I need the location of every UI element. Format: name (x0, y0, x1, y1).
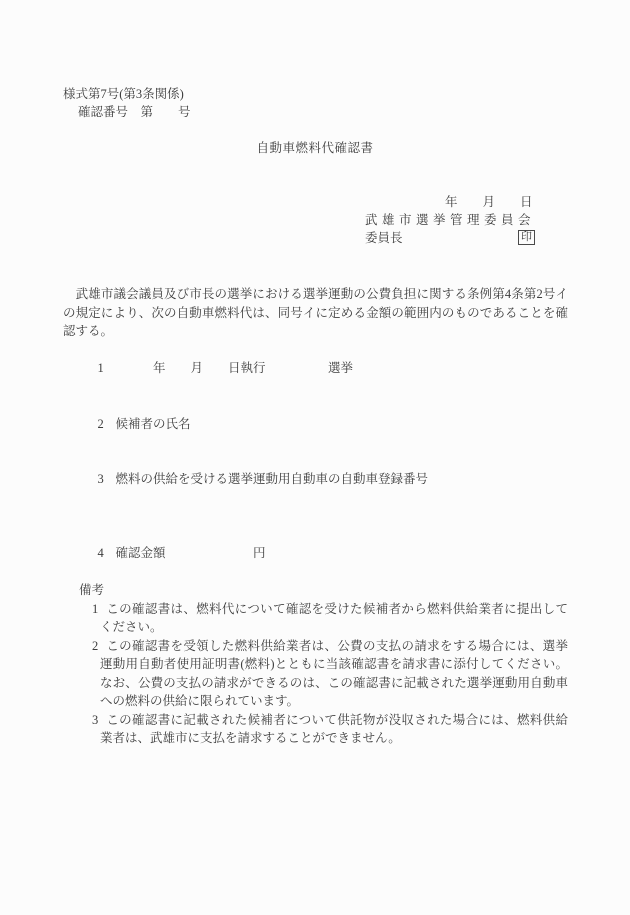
note-number: 3 (92, 711, 106, 730)
item-number: 3 (98, 470, 116, 489)
note-text: この確認書を受領した燃料供給業者は、公費の支払の請求をする場合には、選挙運動用自… (100, 639, 568, 709)
item-candidate-name: 2候補者の氏名 (85, 396, 568, 452)
remarks-heading: 備考 (79, 581, 568, 600)
seal-box: 印 (518, 230, 535, 245)
note-text: この確認書に記載された候補者について供託物が没収された場合には、燃料供給業者は、… (100, 713, 568, 746)
committee-name: 武雄市選挙管理委員会 (365, 211, 535, 230)
item-election-date: 1 年 月 日執行 選挙 (85, 341, 568, 397)
chairman-label: 委員長 (365, 229, 403, 248)
confirmation-number-line: 確認番号 第 号 (78, 103, 191, 122)
document-page: { "document": { "form_label": "様式第7号(第3条… (0, 0, 630, 915)
document-body: 武雄市議会議員及び市長の選挙における選挙運動の公費負担に関する条例第4条第2号イ… (63, 285, 568, 748)
item-text: 燃料の供給を受ける選挙運動用自動車の自動車登録番号 (116, 472, 429, 486)
item-text: 年 月 日執行 選挙 (116, 361, 354, 375)
note-text: この確認書は、燃料代について確認を受けた候補者から燃料供給業者に提出してください… (100, 602, 568, 635)
form-number-label: 様式第7号(第3条関係) (63, 85, 184, 104)
note-number: 1 (92, 600, 106, 619)
document-title: 自動車燃料代確認書 (0, 139, 630, 158)
remark-note-1: 1この確認書は、燃料代について確認を受けた候補者から燃料供給業者に提出してくださ… (100, 600, 568, 637)
item-text: 候補者の氏名 (116, 417, 191, 431)
remark-note-3: 3この確認書に記載された候補者について供託物が没収された場合には、燃料供給業者は… (100, 711, 568, 748)
item-number: 4 (98, 544, 116, 563)
remark-note-2: 2この確認書を受領した燃料供給業者は、公費の支払の請求をする場合には、選挙運動用… (100, 637, 568, 711)
item-vehicle-registration: 3燃料の供給を受ける選挙運動用自動車の自動車登録番号 (85, 452, 568, 508)
item-text: 確認金額 円 (116, 546, 266, 560)
body-paragraph: 武雄市議会議員及び市長の選挙における選挙運動の公費負担に関する条例第4条第2号イ… (63, 285, 568, 341)
item-number: 1 (98, 359, 116, 378)
chairman-row: 委員長 印 (365, 229, 535, 248)
issue-date-line: 年 月 日 (445, 193, 533, 212)
item-confirmed-amount: 4確認金額 円 (85, 526, 568, 582)
item-number: 2 (98, 415, 116, 434)
note-number: 2 (92, 637, 106, 656)
